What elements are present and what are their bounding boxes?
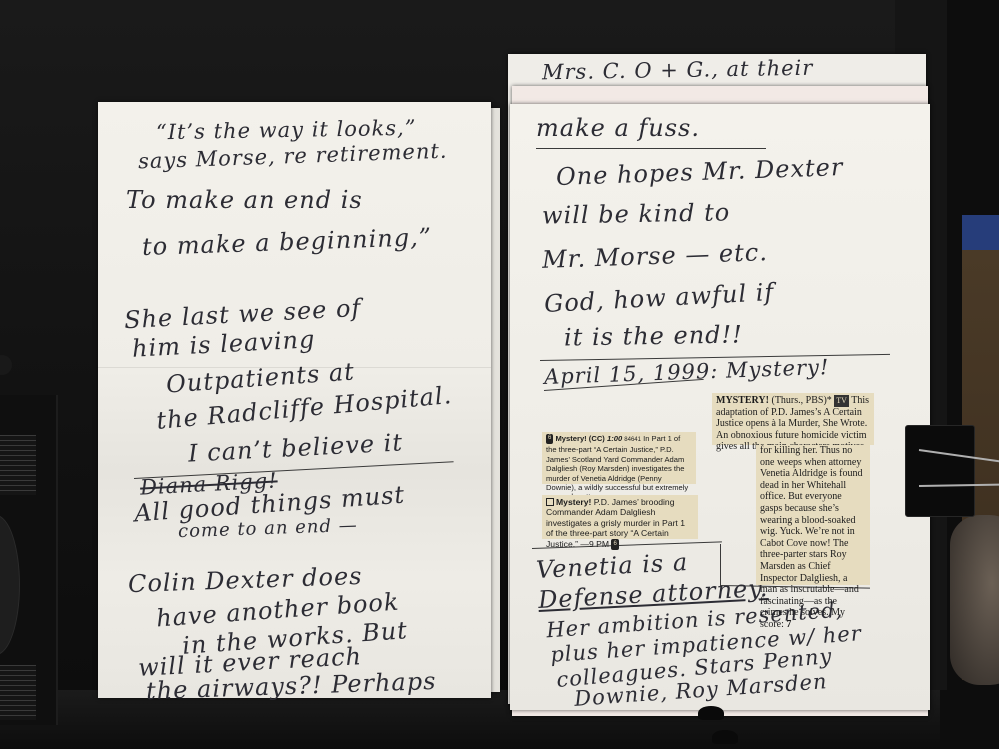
left-notebook-page: “It’s the way it looks,” says Morse, re …	[98, 102, 491, 698]
photo-background: “It’s the way it looks,” says Morse, re …	[0, 0, 999, 749]
review-clipping-top: MYSTERY! (Thurs., PBS)* TV This adaptati…	[712, 393, 874, 445]
blue-object	[962, 215, 999, 255]
handwriting-line: will be kind to	[542, 198, 731, 229]
speaker-grille-top	[0, 435, 36, 495]
review-meta: (Thurs., PBS)*	[771, 395, 831, 406]
shelf-foot	[698, 706, 724, 720]
review-clipping-bottom: for killing her. Thus no one weeps when …	[756, 445, 870, 585]
underline	[536, 148, 766, 149]
handwriting-line: to make a beginning,”	[142, 223, 433, 261]
channel-badge-icon: 6	[546, 434, 553, 443]
handwriting-line: it is the end!!	[564, 320, 743, 351]
tv-listing-clipping-a: 6 Mystery! (CC) 1:00 84641 In Part 1 of …	[542, 432, 696, 484]
tv-listing-clipping-b: Mystery! P.D. James’ brooding Commander …	[542, 495, 698, 539]
binder-clip-body	[905, 425, 975, 517]
review-body-bottom: for killing her. Thus no one weeps when …	[760, 445, 862, 618]
listing-a-head: Mystery! (CC)	[555, 434, 604, 443]
handwriting-line: “It’s the way it looks,”	[156, 116, 417, 145]
review-score: 7	[786, 619, 791, 630]
device-dial	[0, 515, 20, 655]
handwriting-line: I can’t believe it	[187, 428, 403, 467]
review-head: MYSTERY!	[716, 395, 769, 406]
top-sheet-handwriting: Mrs. C. O + G., at their	[542, 56, 814, 85]
handwriting-line: says Morse, re retirement.	[138, 139, 448, 174]
binder-clip	[905, 425, 977, 517]
handwriting-line: To make an end is	[126, 186, 363, 214]
listing-b-head: Mystery!	[556, 497, 591, 507]
handwriting-line: make a fuss.	[536, 114, 700, 142]
handwriting-line: One hopes Mr. Dexter	[556, 153, 844, 191]
listing-a-code: 84641	[624, 437, 641, 443]
strike-line	[134, 461, 454, 479]
checkbox-icon	[546, 498, 554, 506]
listing-a-body: In Part 1 of the three-part “A Certain J…	[546, 434, 688, 501]
drum	[950, 515, 999, 685]
listing-a-time: 1:00	[607, 434, 622, 443]
handwriting-line: God, how awful if	[543, 278, 775, 318]
channel-badge-icon: 6	[611, 539, 618, 549]
tv-badge-icon: TV	[834, 395, 849, 407]
speaker-grille-bottom	[0, 665, 36, 720]
device-knob	[0, 355, 12, 375]
radio-device	[0, 395, 58, 725]
handwriting-line: Mr. Morse — etc.	[542, 238, 769, 274]
shelf-foot	[712, 730, 738, 744]
background-right	[940, 0, 999, 749]
